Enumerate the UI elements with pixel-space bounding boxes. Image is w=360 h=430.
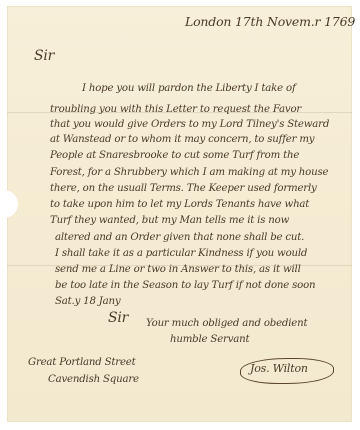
dateline: London 17th Novem.r 1769 <box>185 14 355 29</box>
body-line: be too late in the Season to lay Turf if… <box>55 280 315 291</box>
closing-salutation: Sir <box>108 310 128 326</box>
address-line: Cavendish Square <box>48 374 139 385</box>
signature: Jos. Wilton <box>250 362 308 375</box>
body-line: troubling you with this Letter to reques… <box>50 104 301 115</box>
salutation: Sir <box>34 48 54 64</box>
closing-line: humble Servant <box>170 334 249 345</box>
body-line: I hope you will pardon the Liberty I tak… <box>82 83 296 94</box>
address-line: Great Portland Street <box>28 357 136 368</box>
body-line: Sat.y 18 Jany <box>55 296 120 307</box>
closing-line: Your much obliged and obedient <box>146 318 307 329</box>
body-line: Forest, for a Shrubbery which I am makin… <box>50 167 328 178</box>
body-line: I shall take it as a particular Kindness… <box>55 248 307 259</box>
body-line: there, on the usuall Terms. The Keeper u… <box>50 183 317 194</box>
body-line: that you would give Orders to my Lord Ti… <box>50 119 329 130</box>
body-line: send me a Line or two in Answer to this,… <box>55 264 301 275</box>
body-line: Turf they wanted, but my Man tells me it… <box>50 215 289 226</box>
body-line: altered and an Order given that none sha… <box>55 232 304 243</box>
body-line: at Wanstead or to whom it may concern, t… <box>50 134 314 145</box>
body-line: People at Snaresbrooke to cut some Turf … <box>50 150 299 161</box>
body-line: to take upon him to let my Lords Tenants… <box>50 199 309 210</box>
